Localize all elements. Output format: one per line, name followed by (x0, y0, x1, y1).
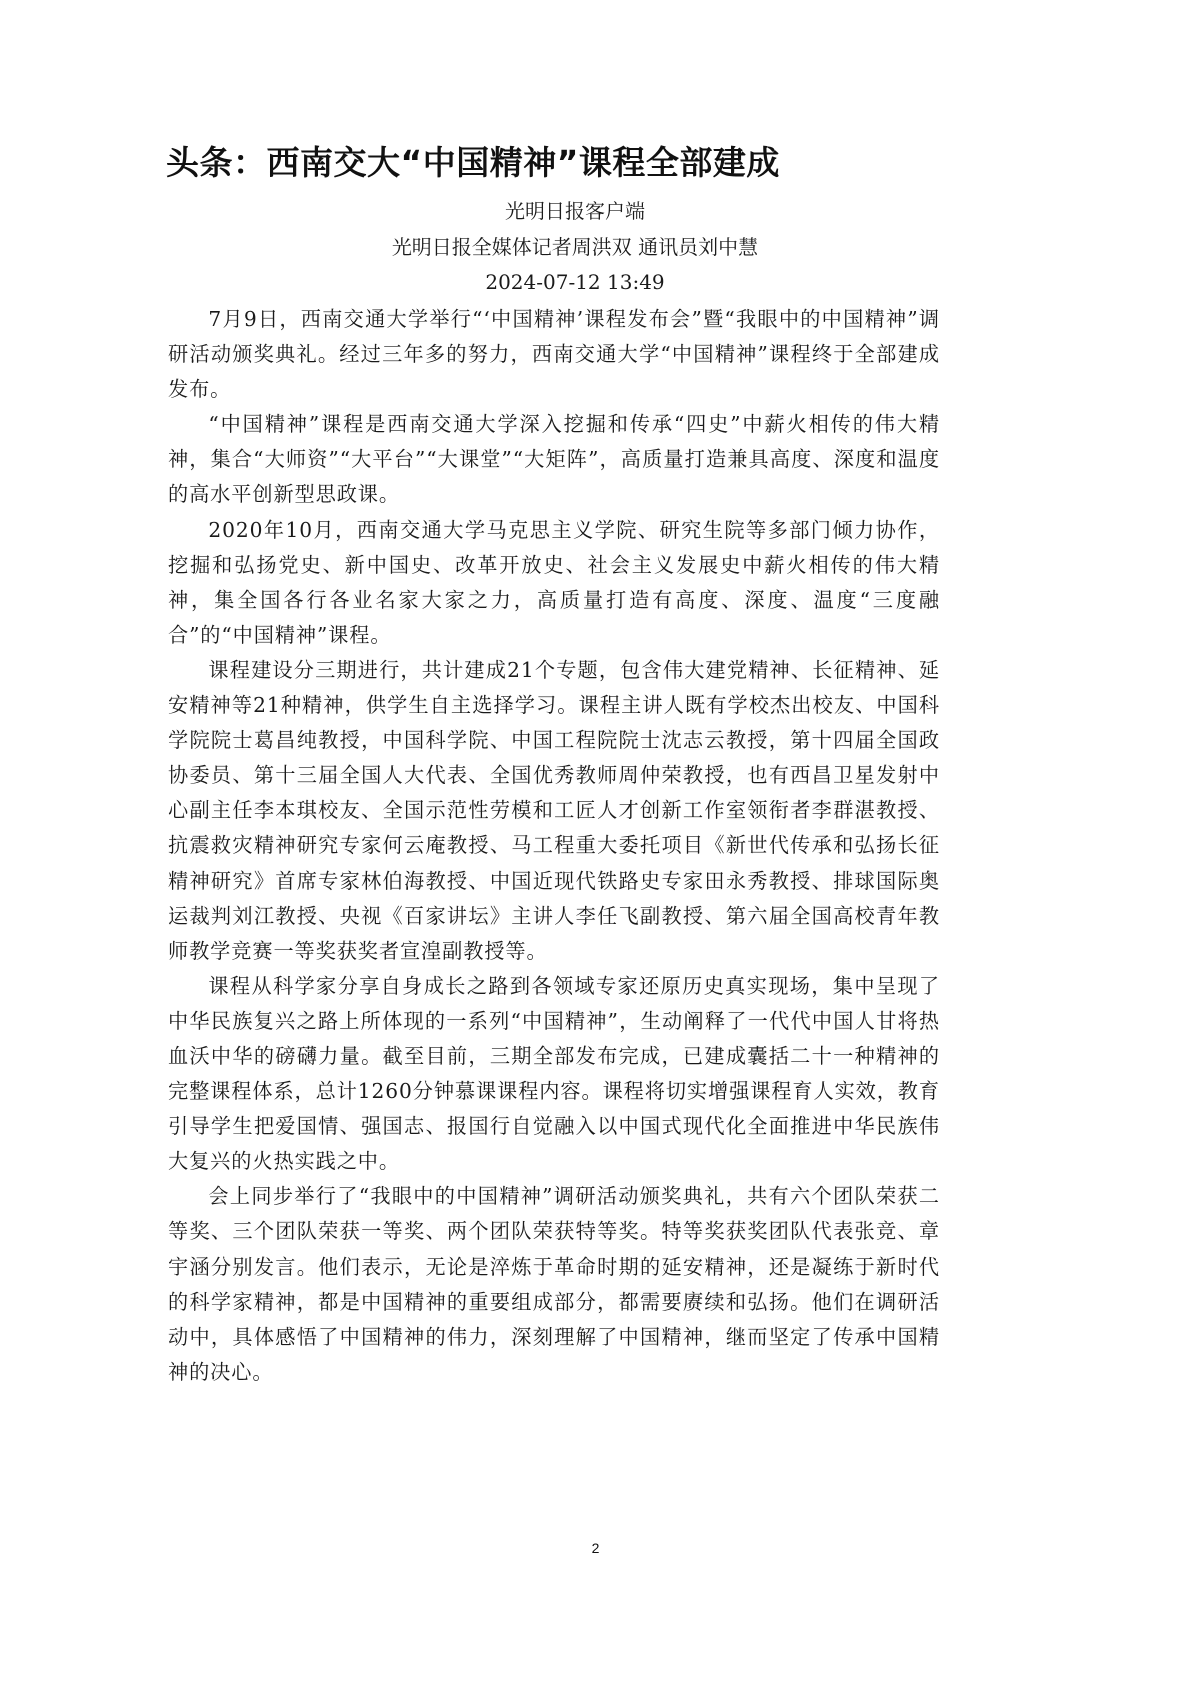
paragraph: 课程建设分三期进行，共计建成21个专题，包含伟大建党精神、长征精神、延安精神等2… (168, 653, 940, 969)
article-byline: 光明日报全媒体记者周洪双 通讯员刘中慧 (168, 232, 960, 262)
page-number: 2 (0, 1540, 1191, 1556)
paragraph: 课程从科学家分享自身成长之路到各领域专家还原历史真实现场，集中呈现了中华民族复兴… (168, 969, 940, 1180)
document-page: 头条：西南交大“中国精神”课程全部建成 光明日报客户端 光明日报全媒体记者周洪双… (0, 0, 1191, 1683)
paragraph: 会上同步举行了“我眼中的中国精神”调研活动颁奖典礼，共有六个团队荣获二等奖、三个… (168, 1179, 940, 1390)
article-body: 7月9日，西南交通大学举行“‘中国精神’课程发布会”暨“我眼中的中国精神”调研活… (168, 302, 940, 1390)
paragraph: “中国精神”课程是西南交通大学深入挖掘和传承“四史”中薪火相传的伟大精神，集合“… (168, 407, 940, 512)
article-date: 2024-07-12 13:49 (168, 267, 960, 297)
article-title: 头条：西南交大“中国精神”课程全部建成 (166, 140, 966, 186)
article-source: 光明日报客户端 (168, 196, 960, 226)
paragraph: 2020年10月，西南交通大学马克思主义学院、研究生院等多部门倾力协作，挖掘和弘… (168, 513, 940, 653)
paragraph: 7月9日，西南交通大学举行“‘中国精神’课程发布会”暨“我眼中的中国精神”调研活… (168, 302, 940, 407)
